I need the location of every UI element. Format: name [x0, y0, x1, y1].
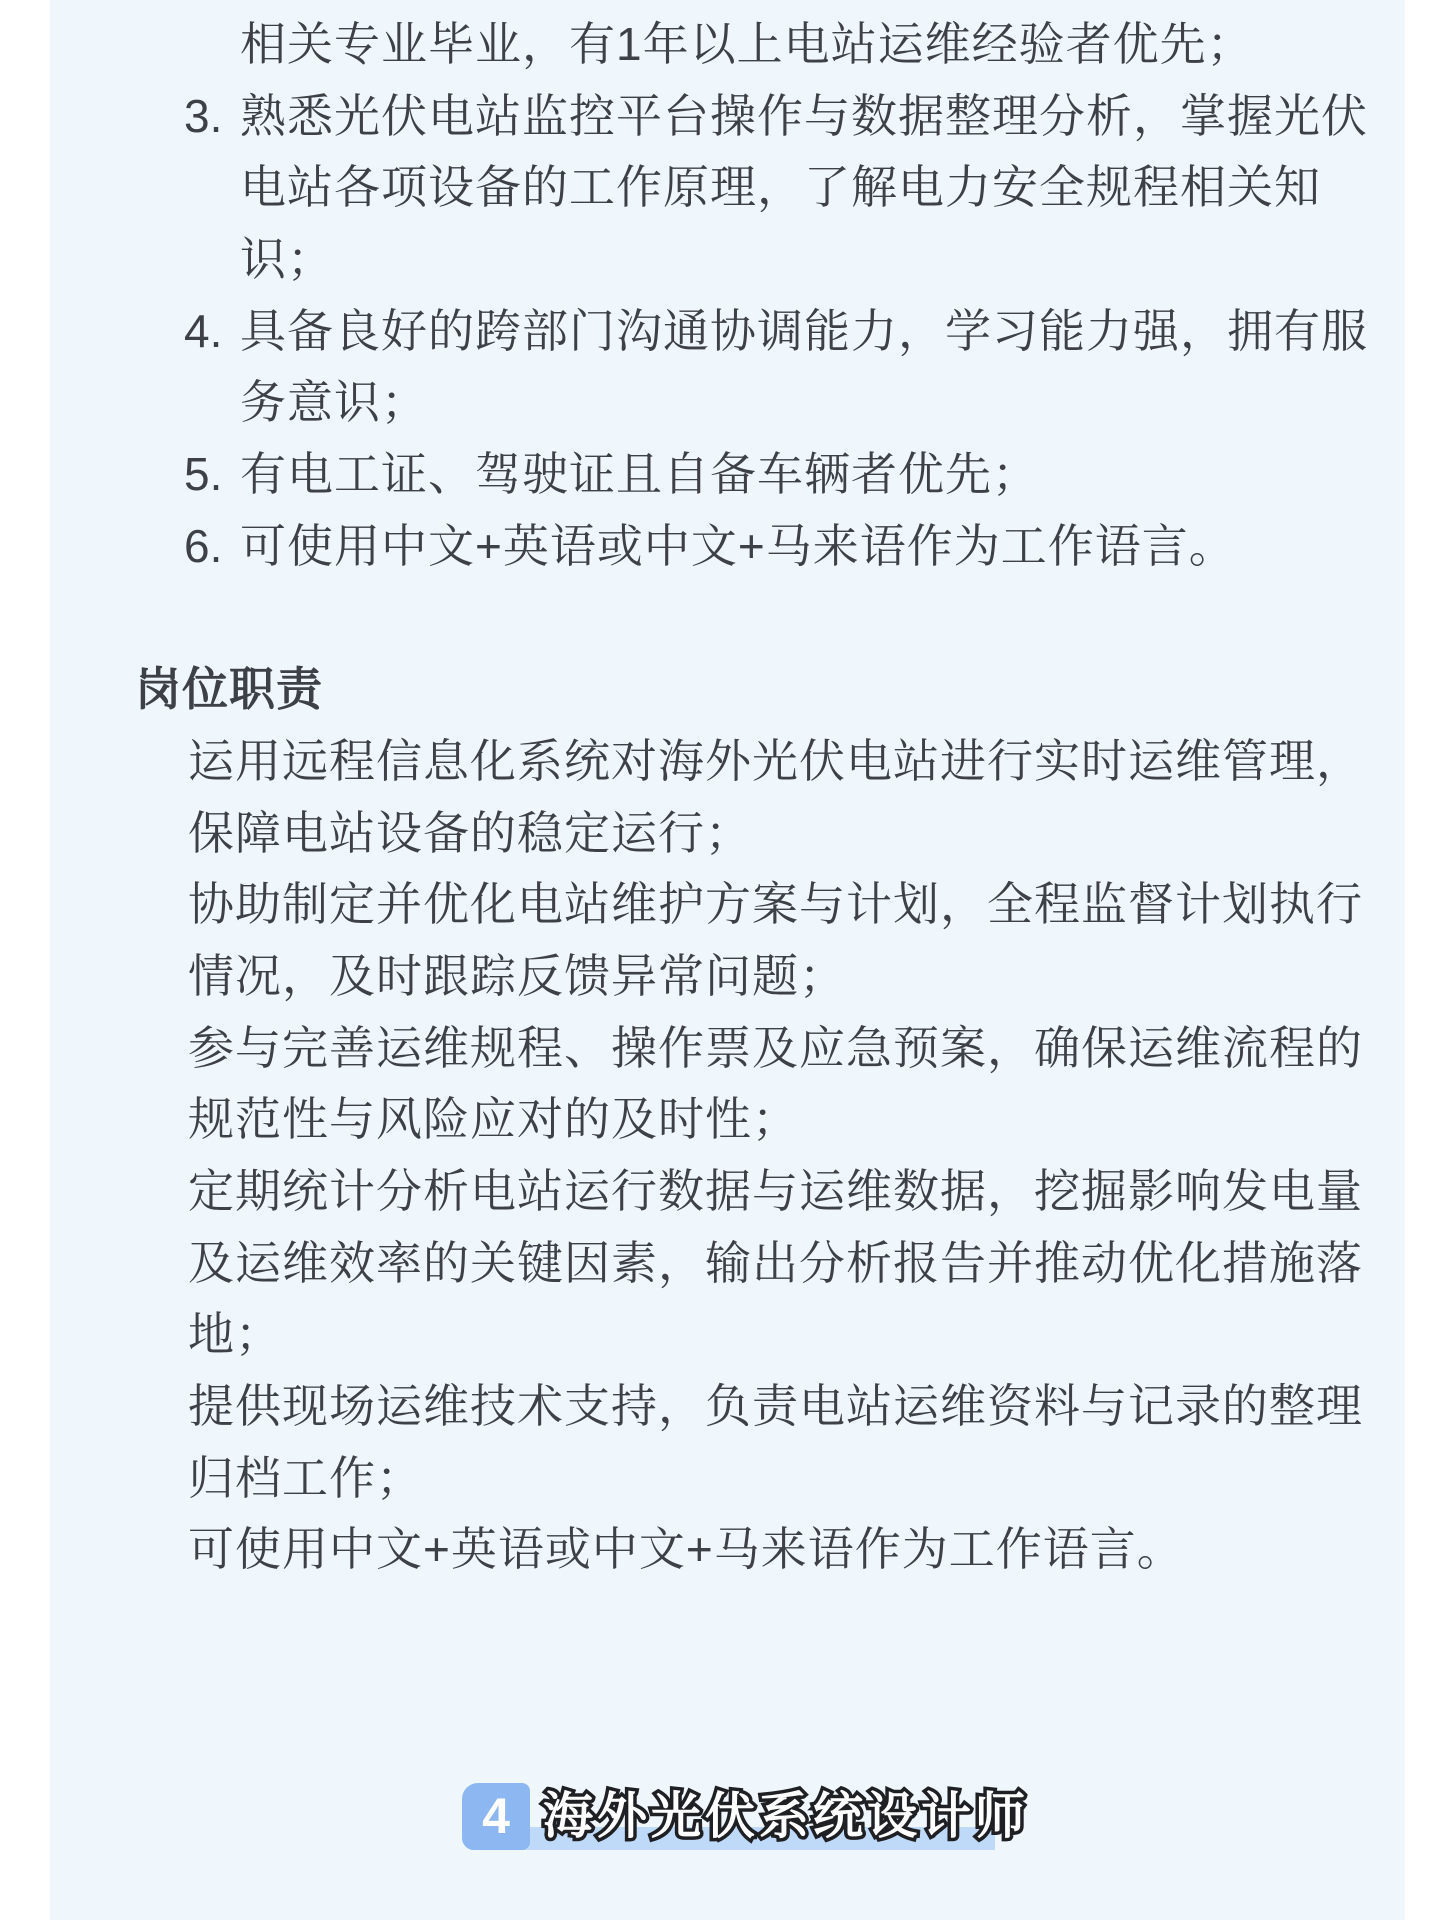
section-number-badge: 4: [462, 1783, 530, 1850]
article-panel: 相关专业毕业，有1年以上电站运维经验者优先； 3. 熟悉光伏电站监控平台操作与数…: [50, 0, 1405, 1920]
responsibility-line: 运用远程信息化系统对海外光伏电站进行实时运维管理，: [50, 726, 1405, 798]
responsibility-line: 地；: [50, 1299, 1405, 1371]
responsibility-line: 定期统计分析电站运行数据与运维数据，挖掘影响发电量: [50, 1156, 1405, 1228]
responsibility-line: 情况，及时跟踪反馈异常问题；: [50, 941, 1405, 1013]
article-body: 相关专业毕业，有1年以上电站运维经验者优先； 3. 熟悉光伏电站监控平台操作与数…: [50, 9, 1405, 1586]
list-number-6: 6.: [184, 511, 240, 583]
requirement-item-6: 6. 可使用中文+英语或中文+马来语作为工作语言。: [50, 511, 1405, 583]
requirement-item-3: 3. 熟悉光伏电站监控平台操作与数据整理分析，掌握光伏: [50, 81, 1405, 153]
responsibility-line: 提供现场运维技术支持，负责电站运维资料与记录的整理: [50, 1371, 1405, 1443]
next-section-header: 4 海外光伏系统设计师: [50, 1783, 1405, 1853]
requirement-item-6-line-1: 可使用中文+英语或中文+马来语作为工作语言。: [240, 520, 1236, 572]
requirement-item-4-line-1: 具备良好的跨部门沟通协调能力，学习能力强，拥有服: [240, 305, 1368, 357]
requirement-item-5-line-1: 有电工证、驾驶证且自备车辆者优先；: [240, 448, 1039, 500]
responsibility-line: 及运维效率的关键因素，输出分析报告并推动优化措施落: [50, 1228, 1405, 1300]
responsibility-line: 可使用中文+英语或中文+马来语作为工作语言。: [50, 1514, 1405, 1586]
section-gap: [50, 583, 1405, 655]
requirement-item-3-line-3: 识；: [50, 224, 1405, 296]
requirement-item-3-line-1: 熟悉光伏电站监控平台操作与数据整理分析，掌握光伏: [240, 90, 1368, 142]
requirement-item-5: 5. 有电工证、驾驶证且自备车辆者优先；: [50, 439, 1405, 511]
list-number-5: 5.: [184, 439, 240, 511]
responsibility-line: 协助制定并优化电站维护方案与计划，全程监督计划执行: [50, 869, 1405, 941]
list-number-4: 4.: [184, 296, 240, 368]
requirement-item-2-continuation: 相关专业毕业，有1年以上电站运维经验者优先；: [50, 9, 1405, 81]
requirement-item-4: 4. 具备良好的跨部门沟通协调能力，学习能力强，拥有服: [50, 296, 1405, 368]
list-number-3: 3.: [184, 81, 240, 153]
requirement-item-4-line-2: 务意识；: [50, 367, 1405, 439]
responsibility-line: 规范性与风险应对的及时性；: [50, 1084, 1405, 1156]
responsibility-line: 保障电站设备的稳定运行；: [50, 798, 1405, 870]
section-title: 海外光伏系统设计师: [543, 1783, 1029, 1850]
responsibilities-heading: 岗位职责: [50, 654, 1405, 726]
requirement-item-3-line-2: 电站各项设备的工作原理，了解电力安全规程相关知: [50, 152, 1405, 224]
responsibility-line: 归档工作；: [50, 1443, 1405, 1515]
responsibility-line: 参与完善运维规程、操作票及应急预案，确保运维流程的: [50, 1013, 1405, 1085]
